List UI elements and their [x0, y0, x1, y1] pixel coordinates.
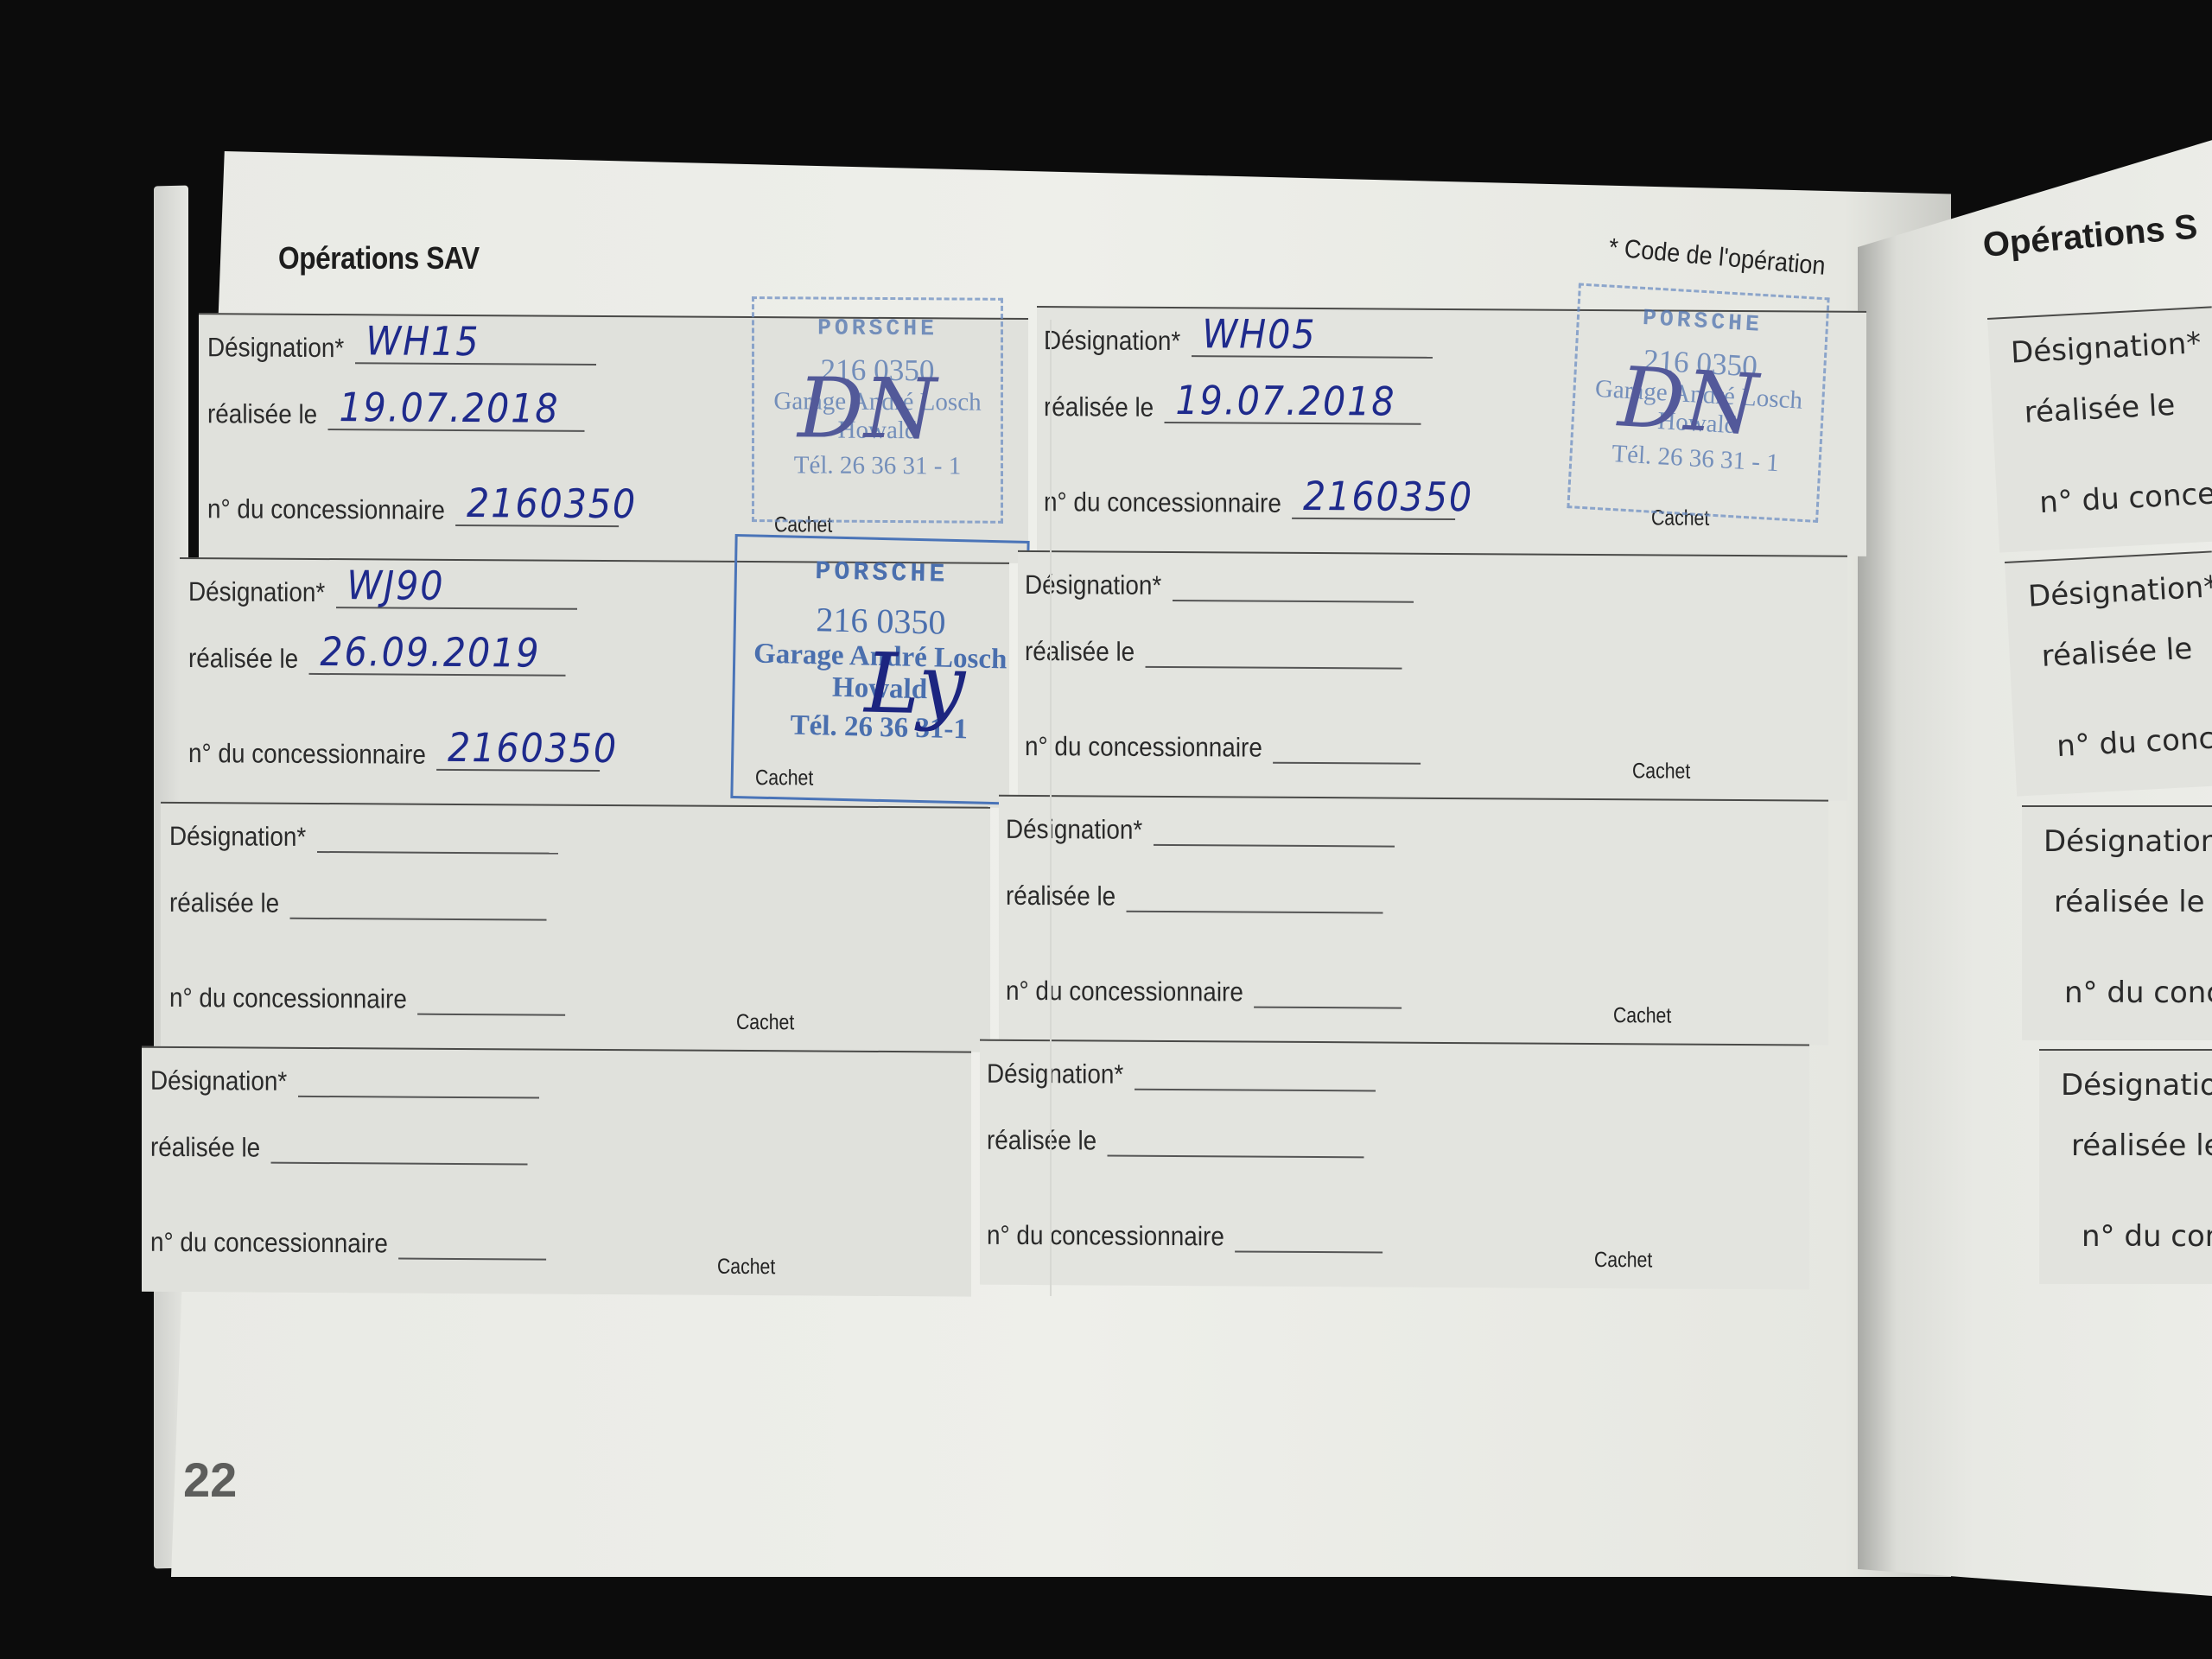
- right-date-label: réalisée le: [2024, 388, 2176, 430]
- service-entry: Désignation*réalisée len° du concessionn…: [142, 1046, 971, 1297]
- designation-handwritten-value: WJ90: [346, 562, 444, 609]
- date-field[interactable]: 19.07.2018: [328, 397, 585, 432]
- right-dealer-number-label: n° du con: [2082, 1219, 2212, 1254]
- date-handwritten-value: 19.07.2018: [339, 384, 559, 432]
- right-designation-label: Désignation*: [2010, 326, 2202, 370]
- service-entry: Désignation*WJ90réalisée le26.09.2019n° …: [180, 557, 1009, 808]
- date-label: réalisée le: [1025, 636, 1135, 668]
- stamp-garage-name: Garage André Losch: [754, 387, 1001, 417]
- stamp-phone: Tél. 26 36 31 - 1: [754, 451, 1001, 481]
- right-dealer-number-label: n° du conce: [2056, 720, 2212, 764]
- dealer-number-field[interactable]: 2160350: [1292, 486, 1455, 520]
- date-field[interactable]: [1146, 635, 1402, 670]
- stamp-phone: Tél. 26 36 31-1: [734, 709, 1025, 747]
- stamp-garage-name: Garage André Losch: [735, 638, 1026, 677]
- right-date-label: réalisée le: [2041, 632, 2193, 674]
- designation-field[interactable]: WH05: [1192, 324, 1433, 359]
- right-designation-label: Désignation*: [2027, 569, 2212, 613]
- right-designation-label: Désignatio: [2061, 1068, 2212, 1103]
- designation-field[interactable]: [317, 820, 558, 855]
- stamp-phone: Tél. 26 36 31 - 1: [1572, 437, 1819, 480]
- cachet-label: Cachet: [736, 1010, 794, 1035]
- cachet-label: Cachet: [717, 1255, 775, 1280]
- date-label: réalisée le: [150, 1132, 260, 1164]
- date-handwritten-value: 26.09.2019: [320, 628, 540, 677]
- date-handwritten-value: 19.07.2018: [1175, 377, 1395, 425]
- date-label: réalisée le: [207, 398, 317, 430]
- stamp-dealer-number: 216 0350: [754, 353, 1001, 389]
- designation-field[interactable]: [1173, 569, 1414, 603]
- dealer-number-field[interactable]: 2160350: [436, 738, 600, 772]
- designation-label: Désignation*: [1025, 569, 1161, 601]
- designation-label: Désignation*: [207, 332, 344, 364]
- dealer-number-label: n° du concessionnaire: [1044, 486, 1281, 519]
- right-page-entry: Désignationréalisée len° du conc: [2022, 805, 2212, 1040]
- designation-field[interactable]: WH15: [355, 331, 596, 365]
- designation-label: Désignation*: [987, 1058, 1123, 1090]
- dealer-number-handwritten-value: 2160350: [448, 724, 618, 772]
- dealer-number-field[interactable]: [1254, 976, 1402, 1009]
- dealer-number-label: n° du concessionnaire: [169, 982, 407, 1015]
- stamp-brand: PORSCHE: [737, 556, 1027, 592]
- date-label: réalisée le: [1006, 880, 1116, 912]
- date-field[interactable]: 26.09.2019: [309, 642, 566, 677]
- cachet-label: Cachet: [1594, 1248, 1652, 1273]
- dealer-number-label: n° du concessionnaire: [207, 493, 445, 526]
- designation-handwritten-value: WH15: [365, 317, 480, 365]
- date-label: réalisée le: [169, 887, 279, 919]
- stamp-brand: PORSCHE: [754, 315, 1001, 342]
- right-designation-label: Désignation: [2044, 824, 2212, 859]
- page-number: 22: [183, 1452, 237, 1508]
- date-label: réalisée le: [1044, 391, 1154, 423]
- right-page-entry: Désignation*réalisée len° du conces: [1987, 306, 2212, 552]
- dealer-number-handwritten-value: 2160350: [1303, 473, 1473, 520]
- right-dealer-number-label: n° du conc: [2064, 976, 2212, 1010]
- designation-field[interactable]: [1135, 1058, 1376, 1092]
- designation-label: Désignation*: [1044, 325, 1180, 357]
- date-label: réalisée le: [188, 643, 298, 675]
- dealer-number-field[interactable]: 2160350: [455, 493, 619, 527]
- service-entry: Désignation*WH05réalisée le19.07.2018n° …: [1037, 306, 1866, 556]
- stamp-city: Howald: [754, 416, 1001, 446]
- right-date-label: réalisée le: [2071, 1128, 2212, 1163]
- date-field[interactable]: [1127, 880, 1383, 914]
- service-entry: Désignation*réalisée len° du concessionn…: [999, 795, 1828, 1046]
- right-page-entry: Désignatioréalisée len° du con: [2039, 1049, 2212, 1284]
- designation-label: Désignation*: [1006, 814, 1142, 846]
- date-field[interactable]: [271, 1131, 528, 1166]
- designation-label: Désignation*: [188, 576, 325, 608]
- right-date-label: réalisée le: [2054, 885, 2205, 919]
- service-entries-grid: Désignation*WH15réalisée le19.07.2018n° …: [199, 313, 1858, 1308]
- service-entry: Désignation*réalisée len° du concessionn…: [980, 1039, 1809, 1290]
- column-divider: [1050, 320, 1052, 1296]
- dealer-number-field[interactable]: [417, 982, 565, 1016]
- cachet-label: Cachet: [1632, 759, 1690, 784]
- dealer-number-label: n° du concessionnaire: [188, 738, 426, 771]
- dealer-stamp: PORSCHE216 0350Garage André LoschHowaldT…: [1567, 283, 1829, 523]
- service-entry: Désignation*réalisée len° du concessionn…: [1018, 550, 1847, 801]
- dealer-stamp: PORSCHE216 0350Garage André LoschHowaldT…: [730, 534, 1029, 805]
- dealer-number-label: n° du concessionnaire: [1006, 976, 1243, 1008]
- dealer-number-label: n° du concessionnaire: [1025, 731, 1262, 764]
- designation-label: Désignation*: [150, 1065, 287, 1097]
- date-field[interactable]: [290, 887, 547, 921]
- dealer-number-label: n° du concessionnaire: [987, 1220, 1224, 1253]
- dealer-number-field[interactable]: [398, 1227, 546, 1261]
- dealer-number-field[interactable]: [1273, 731, 1421, 765]
- dealer-number-label: n° du concessionnaire: [150, 1227, 388, 1260]
- stamp-brand: PORSCHE: [1579, 302, 1826, 342]
- designation-field[interactable]: [1154, 813, 1395, 848]
- dealer-number-handwritten-value: 2160350: [467, 480, 637, 527]
- stamp-dealer-number: 216 0350: [736, 597, 1027, 645]
- date-field[interactable]: [1108, 1124, 1364, 1159]
- right-page-entry: Désignation*réalisée len° du conce: [2005, 550, 2212, 796]
- service-entry: Désignation*WH15réalisée le19.07.2018n° …: [199, 313, 1028, 563]
- dealer-number-field[interactable]: [1235, 1219, 1382, 1253]
- date-label: réalisée le: [987, 1125, 1096, 1157]
- dealer-stamp: PORSCHE216 0350Garage André LoschHowaldT…: [752, 296, 1003, 524]
- designation-field[interactable]: [298, 1065, 539, 1099]
- designation-handwritten-value: WH05: [1202, 310, 1316, 358]
- service-entry: Désignation*réalisée len° du concessionn…: [161, 802, 990, 1052]
- designation-label: Désignation*: [169, 821, 306, 853]
- designation-field[interactable]: WJ90: [336, 575, 577, 610]
- right-dealer-number-label: n° du conces: [2038, 476, 2212, 521]
- page-title: Opérations SAV: [278, 240, 480, 276]
- cachet-label: Cachet: [1613, 1003, 1671, 1028]
- date-field[interactable]: 19.07.2018: [1165, 391, 1421, 425]
